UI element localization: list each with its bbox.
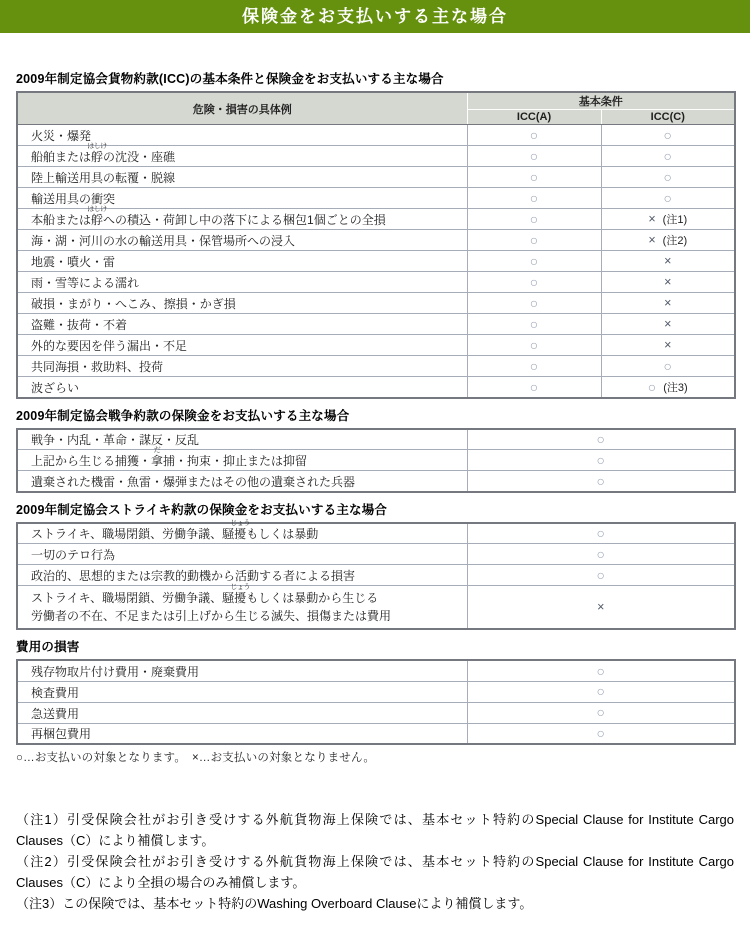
icc-a-mark: ○ <box>530 128 538 142</box>
table-row: 火災・爆発 ○ ○ <box>17 125 735 146</box>
table-row: 遺棄された機雷・魚雷・爆弾またはその他の遺棄された兵器 ○ <box>17 471 735 492</box>
table-row: 再梱包費用 ○ <box>17 723 735 744</box>
icc-a-mark: ○ <box>530 317 538 331</box>
row-label: 共同海損・救助料、投荷 <box>17 356 467 377</box>
furigana: じょう <box>230 520 250 527</box>
row-label: 盗難・抜荷・不着 <box>17 314 467 335</box>
furigana: じょう <box>230 584 250 591</box>
icc-c-mark: ○ <box>664 170 672 184</box>
row-label: 輸送用具の衝突 <box>17 188 467 209</box>
icc-c-mark: ○ <box>664 359 672 373</box>
payment-mark: ○ <box>597 705 605 719</box>
icc-a-mark: ○ <box>530 233 538 247</box>
row-label: 急送費用 <box>17 702 467 723</box>
row-label: 陸上輸送用具の転覆・脱線 <box>17 167 467 188</box>
row-label: 遺棄された機雷・魚雷・爆弾またはその他の遺棄された兵器 <box>17 471 467 492</box>
ruby-base: 艀 <box>91 213 103 227</box>
table-row: 外的な要因を伴う漏出・不足 ○ × <box>17 335 735 356</box>
row-label: 本船またははしけ艀への積込・荷卸し中の落下による梱包1個ごとの全損 <box>17 209 467 230</box>
furigana: だ <box>154 447 161 454</box>
payment-mark: ○ <box>597 474 605 488</box>
table-row: 急送費用 ○ <box>17 702 735 723</box>
column-header-basic-conditions: 基本条件 <box>467 92 735 110</box>
row-label-text: 本船または <box>31 213 91 227</box>
marks-legend: ○…お支払いの対象となります。 ×…お支払いの対象となりません。 <box>16 749 734 765</box>
ruby-base: 艀 <box>91 150 103 164</box>
payment-mark: ○ <box>597 684 605 698</box>
page-content: 2009年制定協会貨物約款(ICC)の基本条件と保険金をお支払いする主な場合 危… <box>0 69 750 914</box>
section-title-icc: 2009年制定協会貨物約款(ICC)の基本条件と保険金をお支払いする主な場合 <box>16 69 734 87</box>
table-row: ストライキ、職場閉鎖、労働争議、騒じょう擾もしくは暴動から生じる労働者の不在、不… <box>17 586 735 630</box>
row-label-text: 上記から生じる捕獲・ <box>31 454 151 468</box>
icc-a-mark: ○ <box>530 380 538 394</box>
table-row: 地震・噴火・雷 ○ × <box>17 251 735 272</box>
ruby-group: はしけ艀 <box>91 211 103 228</box>
payment-mark: ○ <box>597 526 605 540</box>
row-label-text: ストライキ、職場閉鎖、労働争議、騒 <box>31 527 234 541</box>
section-title-strike: 2009年制定協会ストライキ約款の保険金をお支払いする主な場合 <box>16 500 734 518</box>
row-label: 戦争・内乱・革命・謀反・反乱 <box>17 429 467 450</box>
footnote-2: （注2）引受保険会社がお引き受けする外航貨物海上保険では、基本セット特約のSpe… <box>16 851 734 893</box>
section-title-expenses: 費用の損害 <box>16 637 734 655</box>
icc-a-mark: ○ <box>530 149 538 163</box>
page-title: 保険金をお支払いする主な場合 <box>0 0 750 33</box>
row-label: ストライキ、職場閉鎖、労働争議、騒じょう擾もしくは暴動から生じる労働者の不在、不… <box>17 586 467 630</box>
table-row: 破損・まがり・へこみ、擦損・かぎ損 ○ × <box>17 293 735 314</box>
header-row: 危険・損害の具体例 基本条件 <box>17 92 735 110</box>
ruby-base: 擾 <box>234 591 246 605</box>
icc-c-mark: × <box>648 213 655 226</box>
table-row: 雨・雪等による濡れ ○ × <box>17 272 735 293</box>
table-row: 盗難・抜荷・不着 ○ × <box>17 314 735 335</box>
furigana: はしけ <box>87 206 107 213</box>
icc-table: 危険・損害の具体例 基本条件 ICC(A) ICC(C) 火災・爆発 ○ ○ 船… <box>16 91 736 399</box>
row-label: 火災・爆発 <box>17 125 467 146</box>
section-title-war: 2009年制定協会戦争約款の保険金をお支払いする主な場合 <box>16 406 734 424</box>
row-label-text: もしくは暴動から生じる <box>246 591 378 605</box>
payment-mark: × <box>597 601 604 614</box>
ruby-group: だ拿 <box>151 452 163 469</box>
table-row: 波ざらい ○ ○(注3) <box>17 377 735 398</box>
icc-c-mark: × <box>664 276 671 289</box>
row-label-text: 船舶または <box>31 150 91 164</box>
column-header-icc-c: ICC(C) <box>601 110 735 125</box>
icc-c-mark: × <box>648 234 655 247</box>
table-row: 一切のテロ行為 ○ <box>17 544 735 565</box>
column-header-risk: 危険・損害の具体例 <box>17 92 467 125</box>
mark-note: (注1) <box>663 214 687 226</box>
row-label-text: 捕・拘束・抑止または抑留 <box>163 454 307 468</box>
row-label: 外的な要因を伴う漏出・不足 <box>17 335 467 356</box>
mark-note: (注2) <box>663 235 687 247</box>
mark-note: (注3) <box>663 382 687 394</box>
icc-c-mark: × <box>664 297 671 310</box>
table-row: 政治的、思想的または宗教的動機から活動する者による損害 ○ <box>17 565 735 586</box>
row-label: 残存物取片付け費用・廃棄費用 <box>17 660 467 681</box>
row-label: 一切のテロ行為 <box>17 544 467 565</box>
row-label: ストライキ、職場閉鎖、労働争議、騒じょう擾もしくは暴動 <box>17 523 467 544</box>
table-row: 上記から生じる捕獲・だ拿捕・拘束・抑止または抑留 ○ <box>17 450 735 471</box>
ruby-base: 擾 <box>234 527 246 541</box>
icc-a-mark: ○ <box>530 191 538 205</box>
row-label-text: 労働者の不在、不足または引上げから生じる滅失、損傷または費用 <box>31 609 391 623</box>
icc-c-mark: × <box>664 339 671 352</box>
table-row: 本船またははしけ艀への積込・荷卸し中の落下による梱包1個ごとの全損 ○ ×(注1… <box>17 209 735 230</box>
icc-a-mark: ○ <box>530 170 538 184</box>
icc-a-mark: ○ <box>530 296 538 310</box>
row-label: 再梱包費用 <box>17 723 467 744</box>
payment-mark: ○ <box>597 453 605 467</box>
table-row: 陸上輸送用具の転覆・脱線 ○ ○ <box>17 167 735 188</box>
row-label: 地震・噴火・雷 <box>17 251 467 272</box>
icc-c-mark: ○ <box>664 128 672 142</box>
table-row: 共同海損・救助料、投荷 ○ ○ <box>17 356 735 377</box>
ruby-group: はしけ艀 <box>91 148 103 165</box>
row-label: 船舶またははしけ艀の沈没・座礁 <box>17 146 467 167</box>
icc-a-mark: ○ <box>530 338 538 352</box>
icc-a-mark: ○ <box>530 275 538 289</box>
footnotes: （注1）引受保険会社がお引き受けする外航貨物海上保険では、基本セット特約のSpe… <box>16 809 734 914</box>
icc-a-mark: ○ <box>530 212 538 226</box>
table-row: ストライキ、職場閉鎖、労働争議、騒じょう擾もしくは暴動 ○ <box>17 523 735 544</box>
table-row: 船舶またははしけ艀の沈没・座礁 ○ ○ <box>17 146 735 167</box>
row-label-text: の沈没・座礁 <box>103 150 175 164</box>
icc-c-mark: × <box>664 255 671 268</box>
war-table: 戦争・内乱・革命・謀反・反乱 ○ 上記から生じる捕獲・だ拿捕・拘束・抑止または抑… <box>16 428 736 493</box>
table-row: 検査費用 ○ <box>17 681 735 702</box>
icc-c-mark: × <box>664 318 671 331</box>
row-label: 政治的、思想的または宗教的動機から活動する者による損害 <box>17 565 467 586</box>
payment-mark: ○ <box>597 432 605 446</box>
icc-a-mark: ○ <box>530 254 538 268</box>
column-header-icc-a: ICC(A) <box>467 110 601 125</box>
table-row: 残存物取片付け費用・廃棄費用 ○ <box>17 660 735 681</box>
row-label: 海・湖・河川の水の輸送用具・保管場所への浸入 <box>17 230 467 251</box>
expenses-table: 残存物取片付け費用・廃棄費用 ○ 検査費用 ○ 急送費用 ○ 再梱包費用 ○ <box>16 659 736 745</box>
icc-c-mark: ○ <box>664 191 672 205</box>
table-row: 戦争・内乱・革命・謀反・反乱 ○ <box>17 429 735 450</box>
ruby-base: 拿 <box>151 454 163 468</box>
row-label: 破損・まがり・へこみ、擦損・かぎ損 <box>17 293 467 314</box>
table-row: 海・湖・河川の水の輸送用具・保管場所への浸入 ○ ×(注2) <box>17 230 735 251</box>
payment-mark: ○ <box>597 547 605 561</box>
payment-mark: ○ <box>597 726 605 740</box>
icc-c-mark: ○ <box>664 149 672 163</box>
row-label-text: への積込・荷卸し中の落下による梱包1個ごとの全損 <box>103 213 386 227</box>
icc-a-mark: ○ <box>530 359 538 373</box>
ruby-group: じょう擾 <box>234 589 246 607</box>
row-label-text: ストライキ、職場閉鎖、労働争議、騒 <box>31 591 234 605</box>
strike-table: ストライキ、職場閉鎖、労働争議、騒じょう擾もしくは暴動 ○ 一切のテロ行為 ○ … <box>16 522 736 631</box>
payment-mark: ○ <box>597 568 605 582</box>
footnote-1: （注1）引受保険会社がお引き受けする外航貨物海上保険では、基本セット特約のSpe… <box>16 809 734 851</box>
row-label: 上記から生じる捕獲・だ拿捕・拘束・抑止または抑留 <box>17 450 467 471</box>
row-label: 雨・雪等による濡れ <box>17 272 467 293</box>
row-label-text: もしくは暴動 <box>246 527 318 541</box>
table-row: 輸送用具の衝突 ○ ○ <box>17 188 735 209</box>
furigana: はしけ <box>87 143 107 150</box>
footnote-3: （注3）この保険では、基本セット特約のWashing Overboard Cla… <box>16 893 734 914</box>
row-label: 波ざらい <box>17 377 467 398</box>
ruby-group: じょう擾 <box>234 525 246 542</box>
row-label: 検査費用 <box>17 681 467 702</box>
payment-mark: ○ <box>597 664 605 678</box>
icc-c-mark: ○ <box>648 380 656 394</box>
